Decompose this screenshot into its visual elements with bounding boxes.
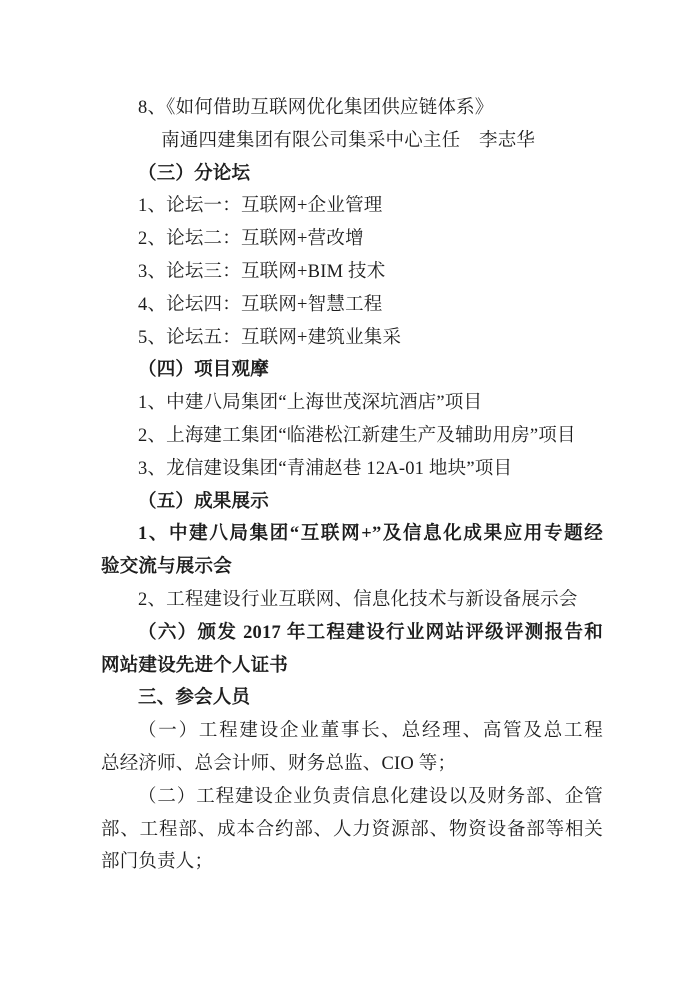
text-line: 南通四建集团有限公司集采中心主任 李志华: [101, 125, 603, 158]
section-heading: 1、中建八局集团“互联网+”及信息化成果应用专题经: [101, 518, 603, 551]
text-line: 总经济师、总会计师、财务总监、CIO 等；: [101, 748, 603, 781]
text-line: 2、上海建工集团“临港松江新建生产及辅助用房”项目: [101, 420, 603, 453]
text-line: 3、论坛三：互联网+BIM 技术: [101, 256, 603, 289]
text-line: （一）工程建设企业董事长、总经理、高管及总工程师、: [101, 715, 603, 748]
text-line: 1、中建八局集团“上海世茂深坑酒店”项目: [101, 387, 603, 420]
text-line: 部、工程部、成本合约部、人力资源部、物资设备部等相关: [101, 814, 603, 847]
text-line: 1、论坛一：互联网+企业管理: [101, 190, 603, 223]
section-heading: 验交流与展示会: [101, 551, 603, 584]
document-page: 8、《如何借助互联网优化集团供应链体系》南通四建集团有限公司集采中心主任 李志华…: [0, 0, 700, 990]
text-line: 2、论坛二：互联网+营改增: [101, 223, 603, 256]
section-heading: （三）分论坛: [101, 158, 603, 191]
text-line: （二）工程建设企业负责信息化建设以及财务部、企管: [101, 781, 603, 814]
text-line: 5、论坛五：互联网+建筑业集采: [101, 322, 603, 355]
text-line: 2、工程建设行业互联网、信息化技术与新设备展示会: [101, 584, 603, 617]
text-line: 8、《如何借助互联网优化集团供应链体系》: [101, 92, 603, 125]
text-line: 3、龙信建设集团“青浦赵巷 12A-01 地块”项目: [101, 453, 603, 486]
text-line: 4、论坛四：互联网+智慧工程: [101, 289, 603, 322]
section-heading: 网站建设先进个人证书: [101, 650, 603, 683]
document-body: 8、《如何借助互联网优化集团供应链体系》南通四建集团有限公司集采中心主任 李志华…: [101, 92, 603, 879]
section-heading: （五）成果展示: [101, 486, 603, 519]
section-heading: （六）颁发 2017 年工程建设行业网站评级评测报告和: [101, 617, 603, 650]
text-line: 部门负责人；: [101, 846, 603, 879]
section-heading: （四）项目观摩: [101, 354, 603, 387]
section-heading: 三、参会人员: [101, 682, 603, 715]
